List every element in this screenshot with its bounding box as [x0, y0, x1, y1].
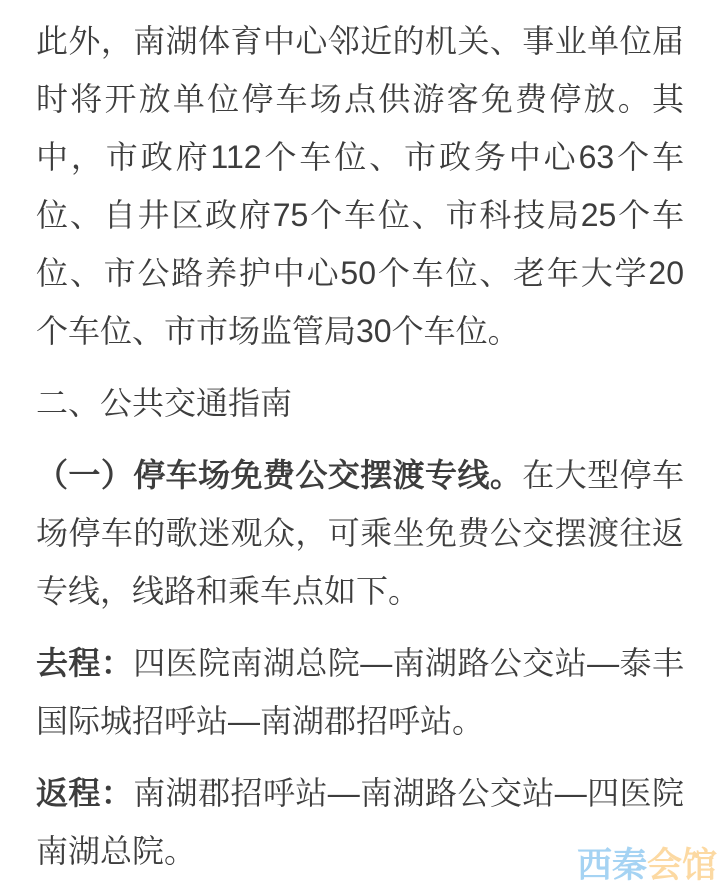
text-line: 此外，南湖体育中心邻近的机关、事业单位届	[36, 12, 684, 70]
watermark: 西秦会馆	[577, 845, 717, 887]
text-segment: 二、公共交通指南	[36, 385, 292, 421]
text-segment: 个车位、市市场监管局30个车位。	[36, 313, 520, 349]
text-line: 个车位、市市场监管局30个车位。	[36, 302, 684, 360]
text-line: 场停车的歌迷观众，可乘坐免费公交摆渡往返	[36, 504, 684, 562]
text-line: 位、自井区政府75个车位、市科技局25个车	[36, 186, 684, 244]
text-line: 去程：四医院南湖总院—南湖路公交站—泰丰	[36, 634, 684, 692]
text-line: 时将开放单位停车场点供游客免费停放。其	[36, 70, 684, 128]
text-line: 专线，线路和乘车点如下。	[36, 562, 684, 620]
text-line: 二、公共交通指南	[36, 374, 684, 432]
text-line: 返程：南湖郡招呼站—南湖路公交站—四医院	[36, 764, 684, 822]
text-segment: 位、自井区政府75个车位、市科技局25个车	[36, 197, 684, 233]
paragraph-section-heading: 二、公共交通指南	[36, 374, 684, 432]
text-segment-bold: 返程：	[36, 775, 133, 811]
text-segment: 南湖总院。	[36, 833, 196, 869]
article-body: 此外，南湖体育中心邻近的机关、事业单位届时将开放单位停车场点供游客免费停放。其中…	[0, 0, 720, 880]
text-segment: 中，市政府112个车位、市政务中心63个车	[36, 139, 684, 175]
text-segment: 在大型停车	[522, 457, 684, 493]
text-segment: 位、市公路养护中心50个车位、老年大学20	[36, 255, 684, 291]
text-segment: 场停车的歌迷观众，可乘坐免费公交摆渡往返	[36, 515, 684, 551]
watermark-part2: 会馆	[647, 846, 717, 885]
paragraph-shuttle-intro: （一）停车场免费公交摆渡专线。在大型停车场停车的歌迷观众，可乘坐免费公交摆渡往返…	[36, 446, 684, 620]
paragraph-outbound-route: 去程：四医院南湖总院—南湖路公交站—泰丰国际城招呼站—南湖郡招呼站。	[36, 634, 684, 750]
paragraph-parking-units: 此外，南湖体育中心邻近的机关、事业单位届时将开放单位停车场点供游客免费停放。其中…	[36, 12, 684, 360]
text-segment: 国际城招呼站—南湖郡招呼站。	[36, 703, 484, 739]
text-segment-bold: 去程：	[36, 645, 133, 681]
text-segment: 时将开放单位停车场点供游客免费停放。其	[36, 81, 684, 117]
text-line: 位、市公路养护中心50个车位、老年大学20	[36, 244, 684, 302]
text-segment: 此外，南湖体育中心邻近的机关、事业单位届	[36, 23, 684, 59]
text-line: 国际城招呼站—南湖郡招呼站。	[36, 692, 684, 750]
text-segment: 南湖郡招呼站—南湖路公交站—四医院	[133, 775, 684, 811]
text-segment: 专线，线路和乘车点如下。	[36, 573, 420, 609]
watermark-part1: 西秦	[577, 846, 647, 885]
text-line: 中，市政府112个车位、市政务中心63个车	[36, 128, 684, 186]
text-segment: 四医院南湖总院—南湖路公交站—泰丰	[133, 645, 684, 681]
text-line: （一）停车场免费公交摆渡专线。在大型停车	[36, 446, 684, 504]
text-segment-bold: （一）停车场免费公交摆渡专线。	[36, 457, 522, 493]
